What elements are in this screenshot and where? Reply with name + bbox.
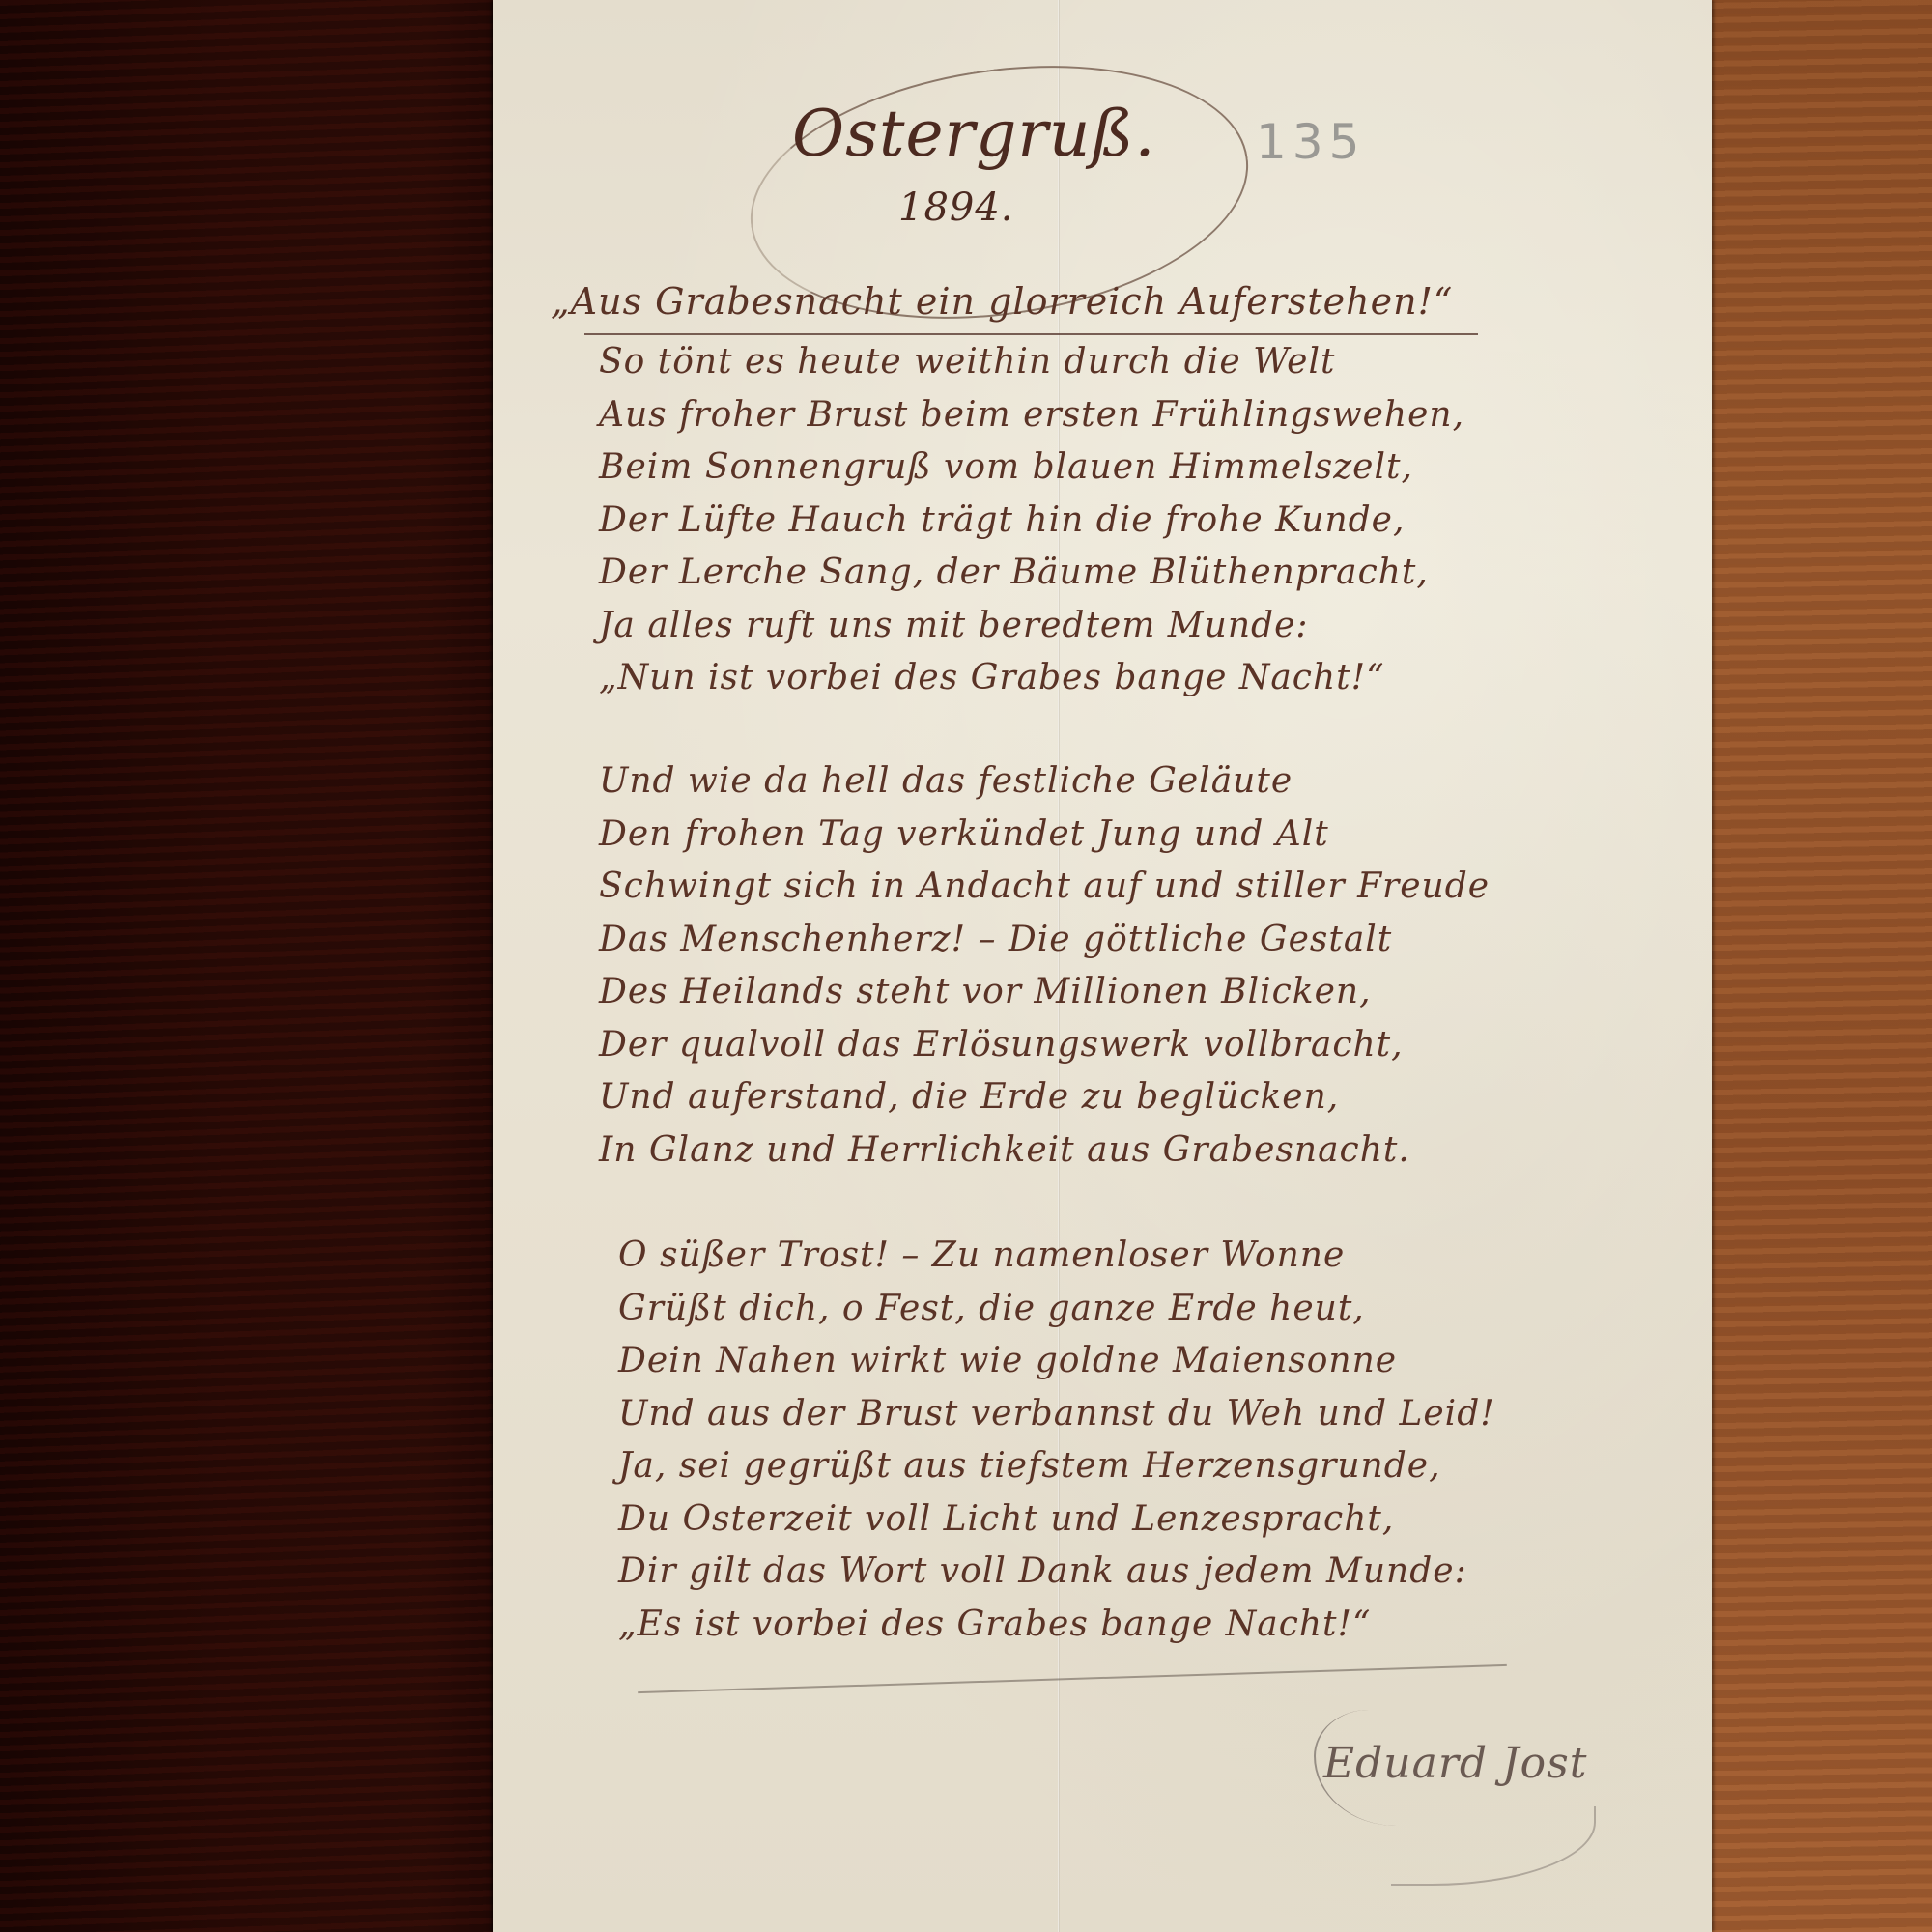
wooden-table-right (1710, 0, 1932, 1932)
verse-line: Der qualvoll das Erlösungswerk vollbrach… (599, 1019, 1490, 1072)
archive-number: 135 (1256, 114, 1365, 170)
verse-line: Schwingt sich in Andacht auf und stiller… (599, 861, 1490, 914)
verse-line: Ja, sei gegrüßt aus tiefstem Herzensgrun… (618, 1440, 1495, 1493)
verse-line: „Nun ist vorbei des Grabes bange Nacht!“ (599, 652, 1464, 705)
verse-line: Beim Sonnengruß vom blauen Himmelszelt, (599, 441, 1464, 495)
verse-line: Des Heilands steht vor Millionen Blicken… (599, 966, 1490, 1019)
heading-underline (584, 333, 1478, 335)
verse-line: Ja alles ruft uns mit beredtem Munde: (599, 600, 1464, 653)
stanza-3: O süßer Trost! – Zu namenloser Wonne Grü… (618, 1230, 1495, 1651)
manuscript-page: Ostergruß. 1894. 135 „Aus Grabesnacht ei… (493, 0, 1712, 1932)
verse-line: O süßer Trost! – Zu namenloser Wonne (618, 1230, 1495, 1283)
final-line-pencil-underline (638, 1664, 1507, 1693)
verse-line: Und auferstand, die Erde zu beglücken, (599, 1071, 1490, 1124)
verse-line: So tönt es heute weithin durch die Welt (599, 336, 1464, 389)
verse-line: Grüßt dich, o Fest, die ganze Erde heut, (618, 1283, 1495, 1336)
signature-underline (1391, 1806, 1596, 1886)
verse-line: Aus froher Brust beim ersten Frühlingswe… (599, 389, 1464, 442)
author-signature: Eduard Jost (1323, 1739, 1587, 1788)
verse-line: Und wie da hell das festliche Geläute (599, 755, 1490, 809)
verse-line: Dir gilt das Wort voll Dank aus jedem Mu… (618, 1546, 1495, 1599)
stanza-1: So tönt es heute weithin durch die Welt … (599, 336, 1464, 705)
verse-line: „Es ist vorbei des Grabes bange Nacht!“ (618, 1599, 1495, 1652)
verse-line: Und aus der Brust verbannst du Weh und L… (618, 1388, 1495, 1441)
verse-line: Das Menschenherz! – Die göttliche Gestal… (599, 914, 1490, 967)
verse-line: In Glanz und Herrlichkeit aus Grabesnach… (599, 1124, 1490, 1178)
verse-line: Dein Nahen wirkt wie goldne Maiensonne (618, 1335, 1495, 1388)
verse-line: Du Osterzeit voll Licht und Lenzespracht… (618, 1493, 1495, 1547)
verse-line: Den frohen Tag verkündet Jung und Alt (599, 809, 1490, 862)
verse-line: Der Lüfte Hauch trägt hin die frohe Kund… (599, 495, 1464, 548)
poem-year: 1894. (898, 185, 1014, 230)
verse-line: Der Lerche Sang, der Bäume Blüthenpracht… (599, 547, 1464, 600)
poem-heading-line: „Aus Grabesnacht ein glorreich Aufersteh… (551, 280, 1453, 323)
poem-title: Ostergruß. (792, 97, 1155, 171)
wooden-table-left (0, 0, 502, 1932)
stanza-2: Und wie da hell das festliche Geläute De… (599, 755, 1490, 1177)
